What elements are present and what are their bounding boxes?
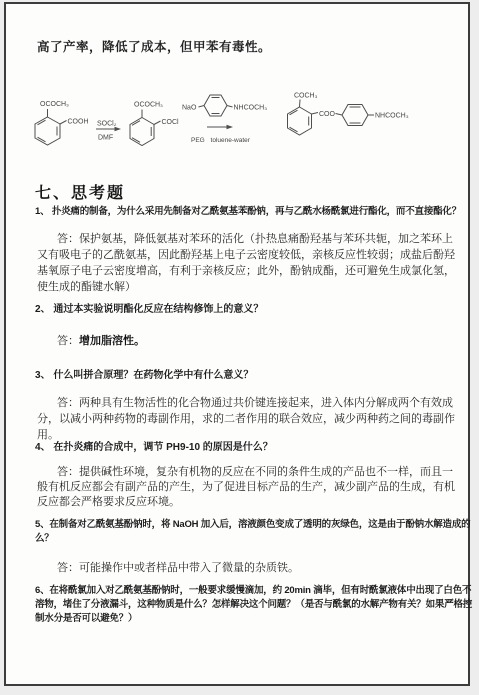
- reaction-scheme-figure: OCOCH₃ COOH SOCl₂ DMF OCOCH₃ COCl NaO: [30, 82, 425, 177]
- cooh-label: COOH: [68, 119, 89, 126]
- ocospäter-label: OCOCH₃: [40, 101, 69, 108]
- answer-5: 答：可能操作中或者样品中带入了微量的杂质铁。: [37, 560, 455, 576]
- benorilate-structure: COCH₃ COO NHCOCH₃: [288, 93, 409, 136]
- scanned-document: { "page": { "intro": "高了产率，降低了成本，但甲苯有毒性。…: [0, 0, 479, 695]
- question-5: 5、在制备对乙酰氨基酚钠时，将 NaOH 加入后，溶液颜色变成了透明的灰绿色，这…: [35, 518, 473, 546]
- document-page: 高了产率，降低了成本，但甲苯有毒性。 OCOCH₃ COOH SOCl₂ DMF: [4, 2, 470, 686]
- socl2-label: SOCl₂: [97, 121, 117, 128]
- answer-2: 答：增加脂溶性。: [37, 333, 455, 349]
- answer-4: 答：提供碱性环境，复杂有机物的反应在不同的条件生成的产品也不一样，而且一般有机反…: [37, 465, 455, 511]
- answer-3: 答：两种具有生物活性的化合物通过共价键连接起来，进入体内分解成两个有效成分，以减…: [37, 395, 455, 443]
- intro-paragraph: 高了产率，降低了成本，但甲苯有毒性。: [37, 37, 457, 55]
- question-1: 1、 扑炎痛的制备，为什么采用先制备对乙酰氨基苯酚钠，再与乙酰水杨酰氯进行酯化，…: [35, 205, 473, 219]
- ocolater-label: OCOCH₃: [134, 102, 163, 109]
- question-4: 4、 在扑炎痛的合成中，调节 PH9-10 的原因是什么？: [35, 440, 473, 455]
- dmf-label: DMF: [98, 135, 113, 142]
- cocl-label: COCl: [162, 119, 180, 126]
- arrow-socl2-dmf: SOCl₂ DMF: [96, 121, 121, 142]
- acid-chloride-structure: OCOCH₃ COCl: [130, 102, 179, 146]
- answer-1: 答：保护氨基，降低氨基对苯环的活化（扑热息痛酚羟基与苯环共轭，加之苯环上又有吸电…: [37, 231, 455, 295]
- paracetamol-sodium-structure: NaO NHCOCH₃ PEG toluene-water: [182, 95, 267, 144]
- answer-2-bold: 增加脂溶性。: [79, 335, 145, 347]
- question-2: 2、 通过本实验说明酯化反应在结构修饰上的意义？: [35, 302, 473, 317]
- question-6: 6、在将酰氯加入对乙酰氨基酚钠时，一般要求缓慢滴加，约 20min 滴毕，但有时…: [35, 584, 473, 626]
- nhcoch3-label: NHCOCH₃: [234, 105, 268, 112]
- peg-solvent-label: PEG toluene-water: [191, 137, 251, 144]
- nao-label: NaO: [182, 105, 197, 112]
- coch3-label: COCH₃: [294, 93, 318, 100]
- question-3: 3、 什么叫拼合原理？在药物化学中有什么意义？: [35, 368, 473, 383]
- nhcoch3-product-label: NHCOCH₃: [375, 113, 409, 120]
- aspirin-structure: OCOCH₃ COOH: [35, 101, 89, 145]
- answer-2-prefix: 答：: [57, 335, 79, 347]
- section-heading: 七、思考题: [35, 180, 125, 203]
- coo-ester-label: COO: [319, 111, 336, 118]
